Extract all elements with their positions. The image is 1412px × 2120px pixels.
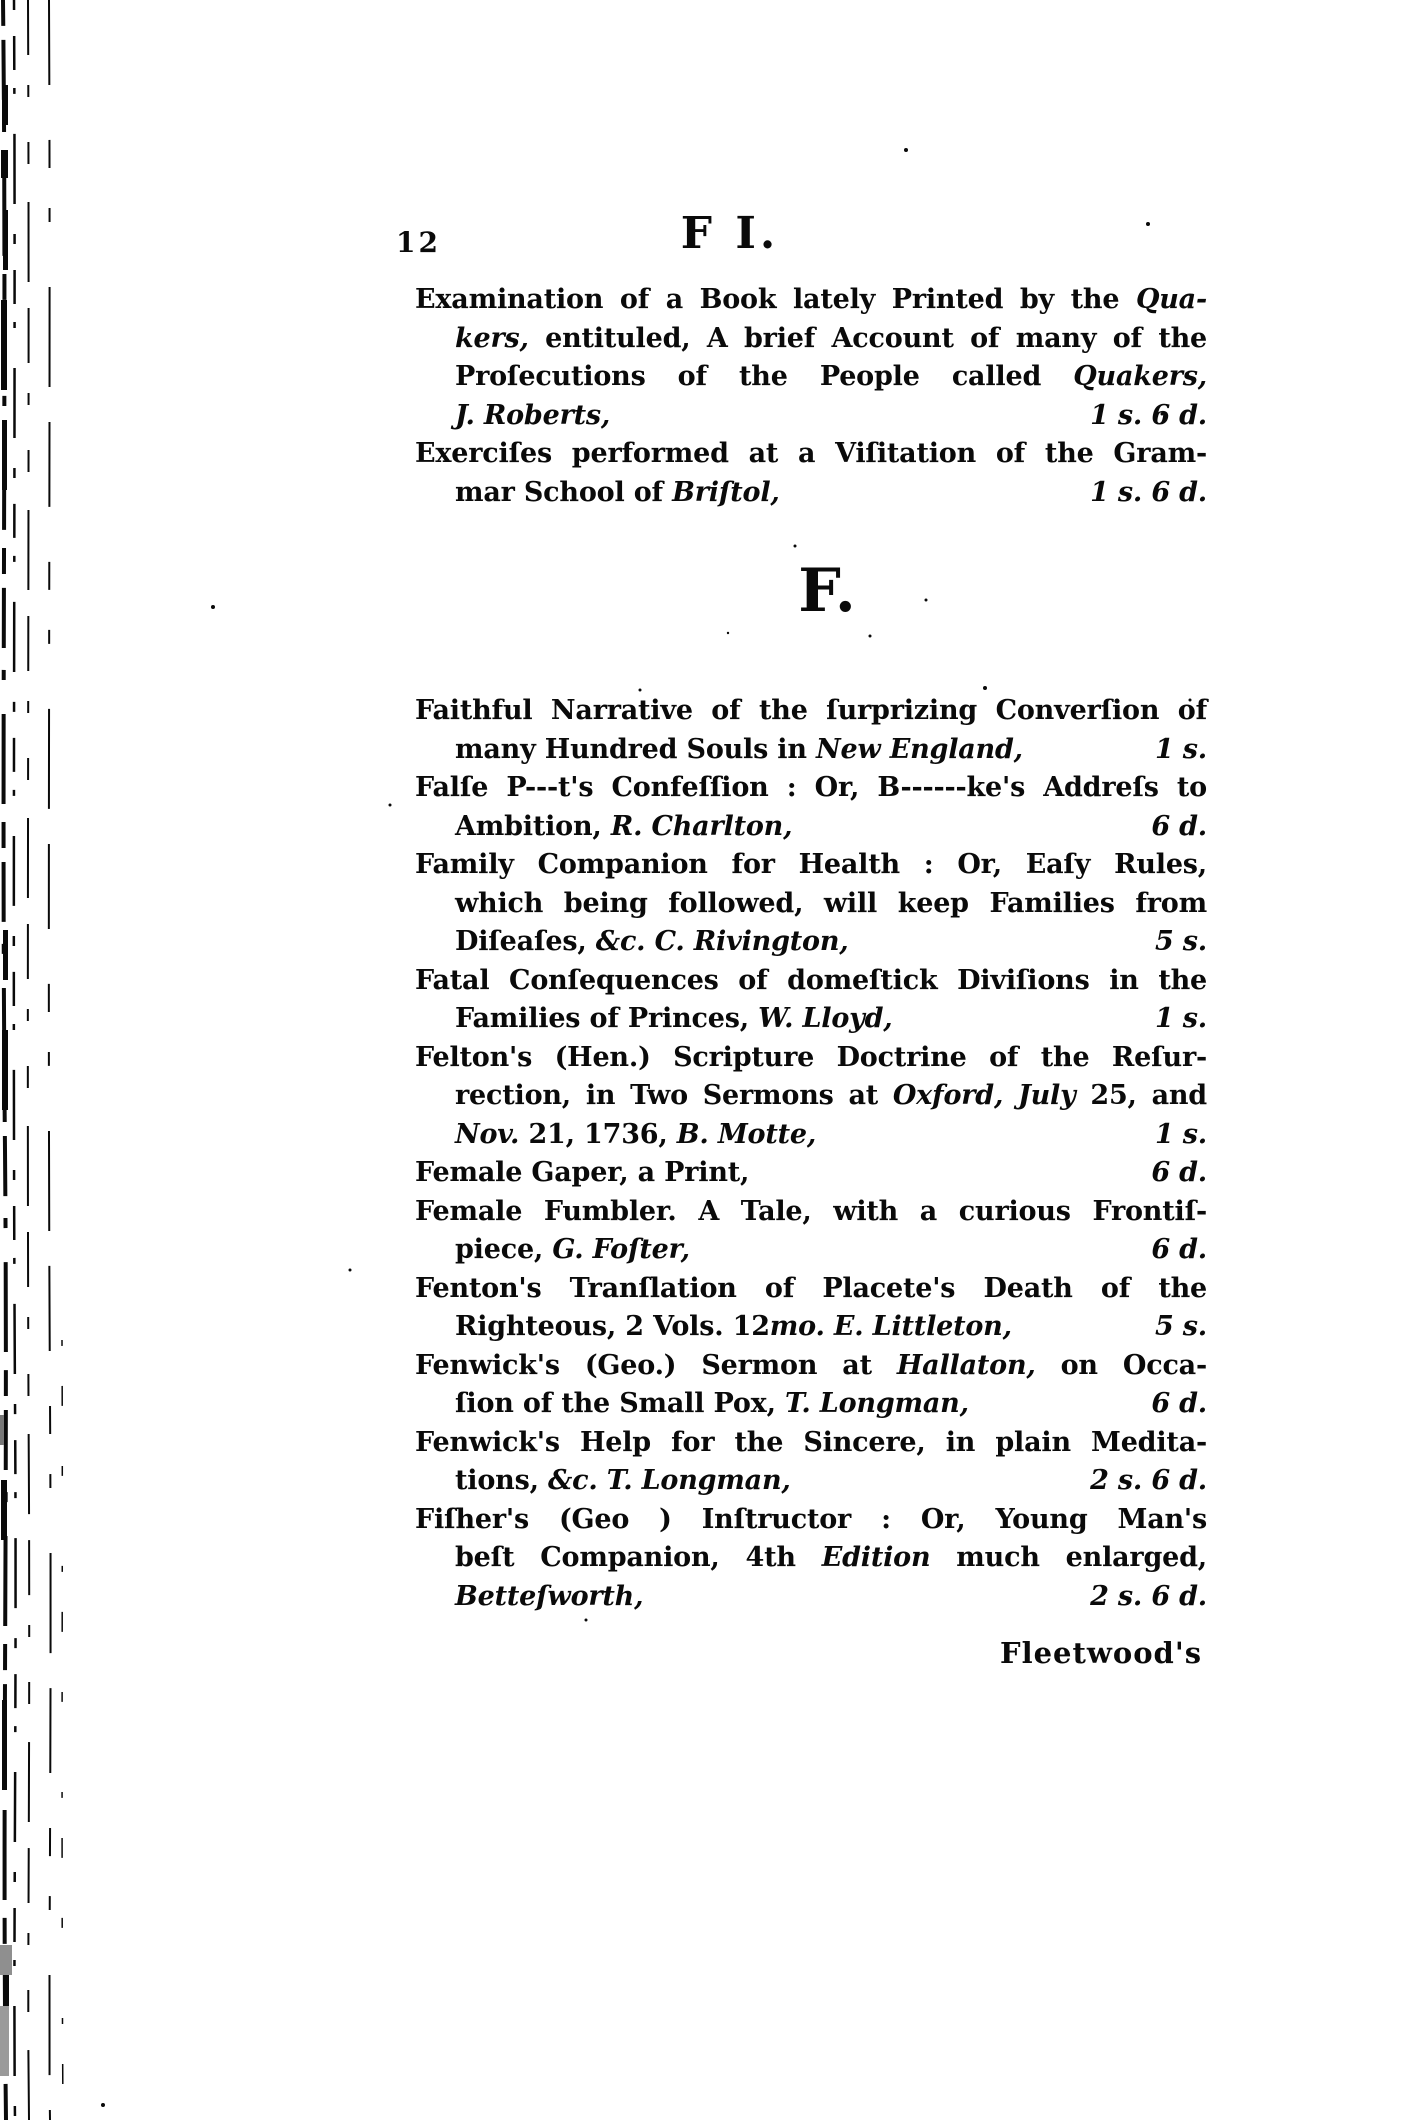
- entry-line: Fenwick's (Geo.) Sermon at Hallaton, on …: [415, 1347, 1207, 1386]
- entry-text: Family Companion for Health : Or, Eaſy R…: [415, 849, 1207, 880]
- entry-text: Fenwick's (Geo.) Sermon at Hallaton, on …: [415, 1350, 1207, 1381]
- entry-line: beſt Companion, 4th Edition much enlarge…: [415, 1539, 1207, 1578]
- entry-line: Betteſworth,2 s. 6 d.: [415, 1578, 1207, 1617]
- entry-line: J. Roberts,1 s. 6 d.: [415, 397, 1207, 436]
- entry-line: which being followed, will keep Families…: [415, 885, 1207, 924]
- entry-text: ſion of the Small Pox, T. Longman,: [455, 1385, 969, 1424]
- entry-text: Betteſworth,: [455, 1578, 643, 1617]
- price: 1 s.: [1155, 1116, 1207, 1155]
- entry-line: Fatal Conſequences of domeſtick Diviſion…: [415, 962, 1207, 1001]
- entry-line: Faithful Narrative of the ſurprizing Con…: [415, 692, 1207, 731]
- entry-text: Fenwick's Help for the Sincere, in plain…: [415, 1427, 1207, 1458]
- entry-line: ſion of the Small Pox, T. Longman,6 d.: [415, 1385, 1207, 1424]
- entry-text: Examination of a Book lately Printed by …: [415, 284, 1207, 315]
- entry-text: many Hundred Souls in New England,: [455, 731, 1023, 770]
- entry-line: kers, entituled, A brief Account of many…: [415, 320, 1207, 359]
- entry-line: tions, &c. T. Longman,2 s. 6 d.: [415, 1462, 1207, 1501]
- entry-line: Female Fumbler. A Tale, with a curious F…: [415, 1193, 1207, 1232]
- entry-text: Proſecutions of the People called Quaker…: [455, 361, 1207, 392]
- entry-text: Faithful Narrative of the ſurprizing Con…: [415, 695, 1207, 726]
- entry-line: Nov. 21, 1736, B. Motte,1 s.: [415, 1116, 1207, 1155]
- entry-line: Fiſher's (Geo ) Inſtructor : Or, Young M…: [415, 1501, 1207, 1540]
- entry-line: Families of Princes, W. Lloyd,1 s.: [415, 1000, 1207, 1039]
- entry-text: Female Gaper, a Print,: [415, 1154, 749, 1193]
- entry-text: rection, in Two Sermons at Oxford, July …: [455, 1080, 1207, 1111]
- entry-text: Families of Princes, W. Lloyd,: [455, 1000, 893, 1039]
- entry-line: Fenwick's Help for the Sincere, in plain…: [415, 1424, 1207, 1463]
- entry-text: Ambition, R. Charlton,: [455, 808, 792, 847]
- entry-line: Examination of a Book lately Printed by …: [415, 281, 1207, 320]
- price: 6 d.: [1151, 1231, 1207, 1270]
- entry-text: Felton's (Hen.) Scripture Doctrine of th…: [415, 1042, 1207, 1073]
- price: 1 s. 6 d.: [1090, 397, 1207, 436]
- price: 5 s.: [1155, 923, 1207, 962]
- entry-line: Felton's (Hen.) Scripture Doctrine of th…: [415, 1039, 1207, 1078]
- catchword: Fleetwood's: [1000, 1636, 1202, 1670]
- entry-text: which being followed, will keep Families…: [455, 888, 1207, 919]
- entry-text: Fatal Conſequences of domeſtick Diviſion…: [415, 965, 1207, 996]
- running-head: F I.: [681, 208, 779, 259]
- entry-line: piece, G. Foſter,6 d.: [415, 1231, 1207, 1270]
- entry-line: Female Gaper, a Print,6 d.: [415, 1154, 1207, 1193]
- entry-line: Fenton's Tranſlation of Placete's Death …: [415, 1270, 1207, 1309]
- entry-line: Proſecutions of the People called Quaker…: [415, 358, 1207, 397]
- entry-text: Female Fumbler. A Tale, with a curious F…: [415, 1196, 1207, 1227]
- section-heading: F.: [798, 556, 855, 626]
- entry-text: Exerciſes performed at a Viſitation of t…: [415, 438, 1207, 469]
- entries-f: Faithful Narrative of the ſurprizing Con…: [415, 692, 1207, 1616]
- entry-text: Diſeaſes, &c. C. Rivington,: [455, 923, 848, 962]
- price: 5 s.: [1155, 1308, 1207, 1347]
- price: 1 s. 6 d.: [1090, 474, 1207, 513]
- book-page: 12 F I. Examination of a Book lately Pri…: [0, 0, 1412, 2120]
- price: 6 d.: [1151, 1154, 1207, 1193]
- entry-text: Righteous, 2 Vols. 12mo. E. Littleton,: [455, 1308, 1012, 1347]
- entries-continued-e: Examination of a Book lately Printed by …: [415, 281, 1207, 512]
- entry-text: Nov. 21, 1736, B. Motte,: [455, 1116, 816, 1155]
- entry-text: Fenton's Tranſlation of Placete's Death …: [415, 1273, 1207, 1304]
- price: 6 d.: [1151, 808, 1207, 847]
- price: 6 d.: [1151, 1385, 1207, 1424]
- entry-text: tions, &c. T. Longman,: [455, 1462, 791, 1501]
- entry-text: Fiſher's (Geo ) Inſtructor : Or, Young M…: [415, 1504, 1207, 1535]
- entry-text: piece, G. Foſter,: [455, 1231, 690, 1270]
- entry-line: Righteous, 2 Vols. 12mo. E. Littleton,5 …: [415, 1308, 1207, 1347]
- entry-text: Falſe P---t's Confeſſion : Or, B------ke…: [415, 772, 1207, 803]
- entry-line: Diſeaſes, &c. C. Rivington,5 s.: [415, 923, 1207, 962]
- price: 2 s. 6 d.: [1090, 1578, 1207, 1617]
- entry-text: kers, entituled, A brief Account of many…: [455, 323, 1207, 354]
- entry-text: beſt Companion, 4th Edition much enlarge…: [455, 1542, 1207, 1573]
- entry-line: Exerciſes performed at a Viſitation of t…: [415, 435, 1207, 474]
- entry-text: J. Roberts,: [455, 397, 610, 436]
- price: 1 s.: [1155, 731, 1207, 770]
- entry-line: Falſe P---t's Confeſſion : Or, B------ke…: [415, 769, 1207, 808]
- entry-line: rection, in Two Sermons at Oxford, July …: [415, 1077, 1207, 1116]
- page-number: 12: [396, 226, 441, 259]
- entry-line: Ambition, R. Charlton,6 d.: [415, 808, 1207, 847]
- entry-line: Family Companion for Health : Or, Eaſy R…: [415, 846, 1207, 885]
- price: 1 s.: [1155, 1000, 1207, 1039]
- price: 2 s. 6 d.: [1090, 1462, 1207, 1501]
- entry-line: mar School of Briſtol,1 s. 6 d.: [415, 474, 1207, 513]
- entry-text: mar School of Briſtol,: [455, 474, 780, 513]
- entry-line: many Hundred Souls in New England,1 s.: [415, 731, 1207, 770]
